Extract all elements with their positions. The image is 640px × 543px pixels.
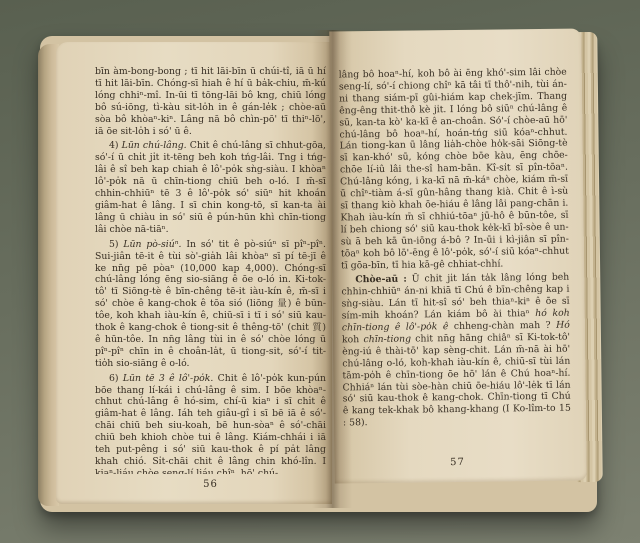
left-page-text: bīn àm-bong-bong ; tī hit lāi-bīn ū chúi…	[95, 66, 326, 474]
right-page-text: lâng bô hoaⁿ-hí, koh bô ài ēng khó'-sim …	[339, 67, 572, 454]
paragraph: 5) Lūn pò-siúⁿ. In só' tit ê pò-siúⁿ sī …	[95, 239, 326, 370]
paragraph: 6) Lūn tē 3 ê lô'-po̍k. Chit ê lô'-po̍k …	[95, 373, 326, 474]
paragraph: bīn àm-bong-bong ; tī hit lāi-bīn ū chúi…	[95, 66, 326, 137]
paragraph: 4) Lūn chú-lâng. Chit ê chú-lâng sī chhu…	[95, 140, 326, 235]
left-page: bīn àm-bong-bong ; tī hit lāi-bīn ū chúi…	[56, 42, 332, 504]
paragraph: lâng bô hoaⁿ-hí, koh bô ài ēng khó'-sim …	[339, 67, 569, 272]
left-page-number: 56	[56, 479, 332, 491]
paragraph: Chòe-aū : Ū chi̍t ji̍t lán ta̍k lâng lón…	[341, 272, 571, 430]
right-page-number: 57	[334, 456, 586, 471]
right-page: lâng bô hoaⁿ-hí, koh bô ài ēng khó'-sim …	[329, 28, 587, 483]
